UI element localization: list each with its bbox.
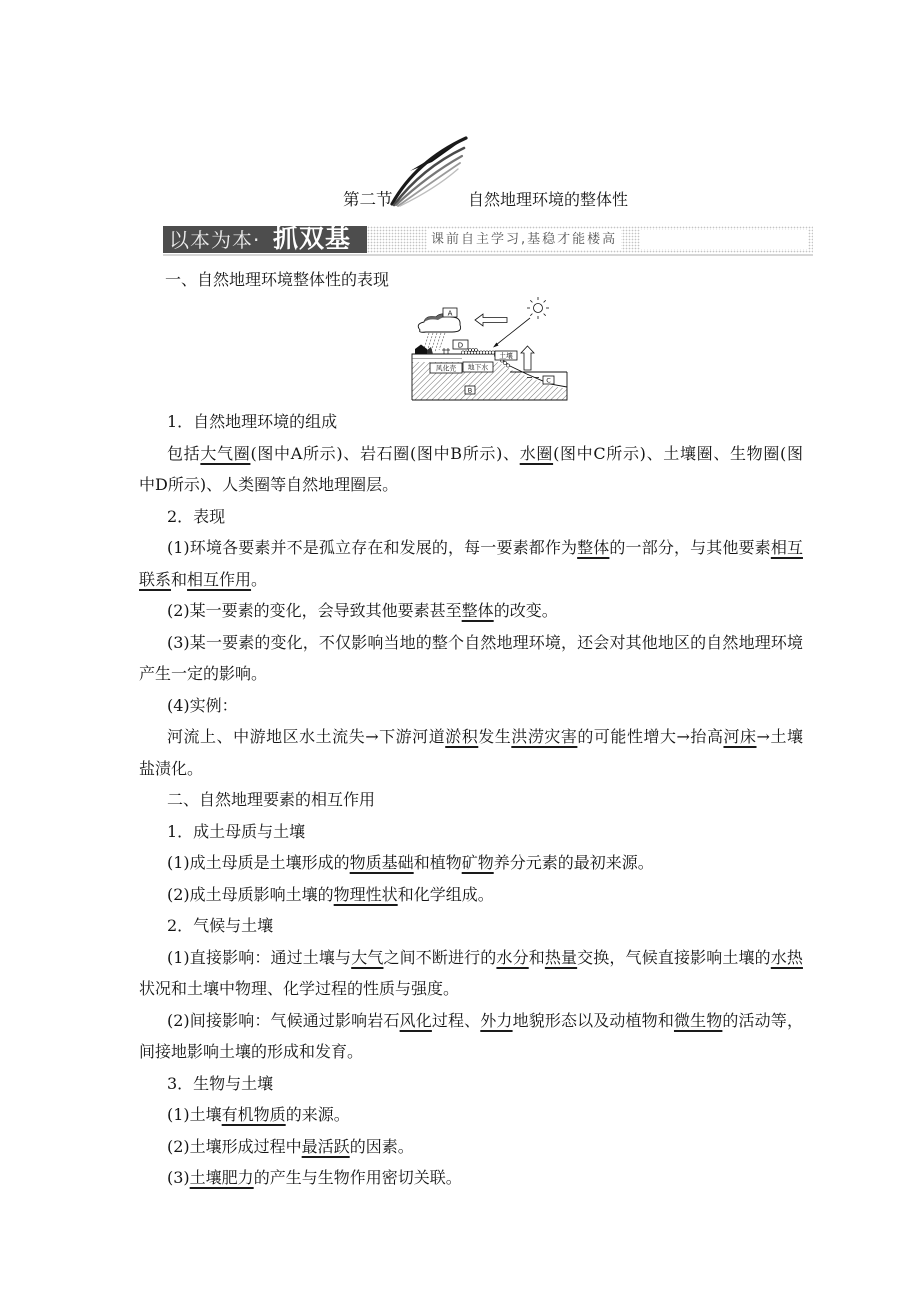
text-run: (3)	[167, 1168, 190, 1187]
key-term: 风化	[400, 1011, 432, 1030]
study-banner: 以本为本· 抓双基 课前自主学习,基稳才能楼高	[163, 226, 813, 253]
key-term: 热量	[545, 948, 577, 967]
paragraph-line: (4)实例：	[139, 690, 803, 722]
text-run: 的因素。	[350, 1137, 414, 1156]
text-run: 河流上、中游地区水土流失→下游河道	[167, 727, 445, 746]
text-run: 间接地影响土壤的形成和发育。	[139, 1042, 363, 1061]
text-run: (3)某一要素的变化，不仅影响当地的整个自然地理环境，还会对其他地区的自然地理环…	[167, 633, 803, 652]
paragraph-line: (3)某一要素的变化，不仅影响当地的整个自然地理环境，还会对其他地区的自然地理环…	[139, 627, 803, 659]
key-term: 整体	[462, 601, 494, 620]
banner-blank-box	[640, 230, 808, 249]
text-run: 盐渍化。	[139, 759, 203, 778]
text-run: (2)成土母质影响土壤的	[167, 885, 334, 904]
label-soil: 土壤	[499, 351, 513, 360]
paragraph-line: 中D所示)、人类圈等自然地理圈层。	[139, 469, 803, 501]
text-run: 产生一定的影响。	[139, 664, 267, 683]
section-number: 第二节	[343, 189, 393, 211]
swoosh-decoration-icon	[388, 135, 470, 207]
paragraph-line: (1)环境各要素并不是孤立存在和发展的，每一要素都作为整体的一部分，与其他要素相…	[139, 532, 803, 564]
key-term: 整体	[577, 538, 609, 557]
subheading-manifestation: 2．表现	[139, 501, 803, 533]
text-run: (图中A所示)、岩石圈(图中B所示)、	[250, 444, 519, 463]
paragraph-line: 河流上、中游地区水土流失→下游河道淤积发生洪涝灾害的可能性增大→抬高河床→土壤	[139, 721, 803, 753]
text-run: (4)实例：	[167, 696, 238, 715]
key-term: 矿物	[462, 853, 494, 872]
subheading-composition: 1．自然地理环境的组成	[139, 406, 803, 438]
section-title: 自然地理环境的整体性	[468, 189, 628, 211]
banner-label-block: 以本为本· 抓双基	[163, 226, 367, 253]
text-run: 的产生与生物作用密切关联。	[254, 1168, 462, 1187]
label-c: C	[546, 377, 551, 385]
text-run: 和化学组成。	[398, 885, 494, 904]
text-run: 状况和土壤中物理、化学过程的性质与强度。	[139, 979, 459, 998]
banner-underline-divider	[163, 254, 813, 256]
paragraph-line: (2)间接影响：气候通过影响岩石风化过程、外力地貌形态以及动植物和微生物的活动等…	[139, 1005, 803, 1037]
key-term: 物理性状	[334, 885, 398, 904]
text-run: 交换，气候直接影响土壤的	[577, 948, 771, 967]
text-run: 中D所示)、人类圈等自然地理圈层。	[139, 475, 398, 494]
text-run: (2)间接影响：气候通过影响岩石	[167, 1011, 400, 1030]
paragraph-line: (2)土壤形成过程中最活跃的因素。	[139, 1131, 803, 1163]
label-a: A	[448, 309, 453, 317]
text-run: 包括	[167, 444, 200, 463]
text-run: (2)某一要素的变化，会导致其他要素甚至	[167, 601, 462, 620]
key-term: 洪涝灾害	[511, 727, 577, 746]
geosphere-diagram: A D 土壤 风化壳	[400, 290, 580, 405]
text-run: 和	[171, 570, 187, 589]
label-groundwater: 地下水	[468, 363, 489, 372]
banner-dotted-band: 课前自主学习,基稳才能楼高	[367, 226, 813, 253]
text-run: 的一部分，与其他要素	[609, 538, 770, 557]
banner-label: 以本为本·	[169, 227, 260, 253]
paragraph-line: 状况和土壤中物理、化学过程的性质与强度。	[139, 973, 803, 1005]
arrow-up-icon	[521, 346, 534, 370]
label-weathering-crust: 风化壳	[436, 364, 457, 373]
key-term: 最活跃	[302, 1137, 350, 1156]
paragraph-line: 间接地影响土壤的形成和发育。	[139, 1036, 803, 1068]
document-page: 第二节 自然地理环境的整体性 以本为本· 抓双基 课前自主学习,基稳才能楼高 一…	[0, 0, 920, 1302]
paragraph-line: (2)某一要素的变化，会导致其他要素甚至整体的改变。	[139, 595, 803, 627]
text-run: 和	[529, 948, 545, 967]
document-body: 1．自然地理环境的组成 包括大气圈(图中A所示)、岩石圈(图中B所示)、水圈(图…	[139, 406, 803, 1194]
paragraph-line: 盐渍化。	[139, 753, 803, 785]
text-run: (图中C所示)、土壤圈、生物圈(图	[553, 444, 803, 463]
key-term: 大气	[351, 948, 383, 967]
plant-icon	[442, 348, 450, 354]
text-run: (1)成土母质是土壤形成的	[167, 853, 350, 872]
key-term: 联系	[139, 570, 171, 589]
sun-icon	[527, 297, 549, 319]
key-term: 外力	[480, 1011, 512, 1030]
label-d: D	[458, 341, 463, 349]
part1-heading: 一、自然地理环境整体性的表现	[165, 264, 389, 296]
paragraph-line: (1)直接影响：通过土壤与大气之间不断进行的水分和热量交换，气候直接影响土壤的水…	[139, 942, 803, 974]
text-run: 过程、	[432, 1011, 480, 1030]
key-term: 微生物	[674, 1011, 722, 1030]
subheading-parent-material: 1．成土母质与土壤	[139, 816, 803, 848]
key-term: 水圈	[520, 444, 553, 463]
text-run: 之间不断进行的	[383, 948, 496, 967]
key-term: 淤积	[445, 727, 478, 746]
text-run: 发生	[478, 727, 511, 746]
paragraph-line: 产生一定的影响。	[139, 658, 803, 690]
text-run: (1)环境各要素并不是孤立存在和发展的，每一要素都作为	[167, 538, 577, 557]
text-run: 养分元素的最初来源。	[494, 853, 654, 872]
text-run: (1)直接影响：通过土壤与	[167, 948, 351, 967]
key-term: 水热	[771, 948, 803, 967]
key-term: 大气圈	[200, 444, 250, 463]
part2-heading: 二、自然地理要素的相互作用	[139, 784, 803, 816]
text-run: 的来源。	[286, 1105, 350, 1124]
paragraph-line: (1)成土母质是土壤形成的物质基础和植物矿物养分元素的最初来源。	[139, 847, 803, 879]
text-run: 和植物	[414, 853, 462, 872]
key-term: 有机物质	[222, 1105, 286, 1124]
text-run: (1)土壤	[167, 1105, 222, 1124]
text-run: 的改变。	[494, 601, 558, 620]
paragraph-line: 包括大气圈(图中A所示)、岩石圈(图中B所示)、水圈(图中C所示)、土壤圈、生物…	[139, 438, 803, 470]
arrow-left-icon	[475, 314, 507, 326]
house-icon	[415, 345, 427, 355]
paragraph-line: (1)土壤有机物质的来源。	[139, 1099, 803, 1131]
text-run: 的活动等，	[722, 1011, 803, 1030]
banner-slogan: 课前自主学习,基稳才能楼高	[427, 229, 621, 250]
key-term: 河床	[723, 727, 756, 746]
text-run: 的可能性增大→抬高	[577, 727, 723, 746]
key-term: 物质基础	[350, 853, 414, 872]
subheading-climate: 2．气候与土壤	[139, 910, 803, 942]
paragraph-line: (3)土壤肥力的产生与生物作用密切关联。	[139, 1162, 803, 1194]
key-term: 相互	[771, 538, 803, 557]
banner-label-emphasis: 抓双基	[273, 225, 351, 253]
key-term: 土壤肥力	[190, 1168, 254, 1187]
subheading-biology: 3．生物与土壤	[139, 1068, 803, 1100]
key-term: 相互作用	[187, 570, 251, 589]
text-run: →土壤	[757, 727, 803, 746]
text-run: 地貌形态以及动植物和	[513, 1011, 674, 1030]
label-b: B	[468, 387, 472, 395]
text-run: 。	[251, 570, 267, 589]
key-term: 水分	[496, 948, 528, 967]
paragraph-line: 联系和相互作用。	[139, 564, 803, 596]
text-run: (2)土壤形成过程中	[167, 1137, 302, 1156]
paragraph-line: (2)成土母质影响土壤的物理性状和化学组成。	[139, 879, 803, 911]
